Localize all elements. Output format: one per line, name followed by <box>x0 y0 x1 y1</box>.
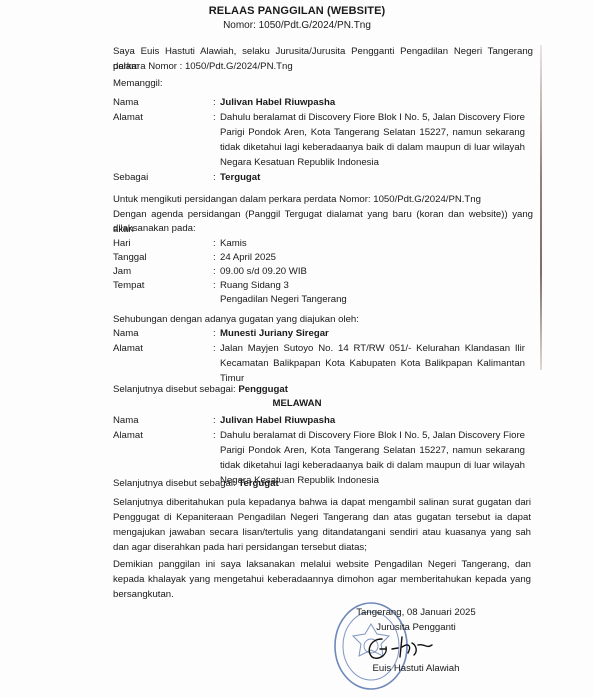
handwritten-signature-icon <box>362 635 442 661</box>
colon: : <box>213 250 216 265</box>
hearing-case-line: Untuk mengikuti persidangan dalam perkar… <box>113 192 481 207</box>
document-number: Nomor: 1050/Pdt.G/2024/PN.Tng <box>0 20 594 31</box>
plaintiff-intro: Sehubungan dengan adanya gugatan yang di… <box>113 312 359 327</box>
signature-place-date: Tangerang, 08 Januari 2025 <box>352 605 480 620</box>
intro-line-2: perkara Nomor : 1050/Pdt.G/2024/PN.Tng <box>113 59 293 74</box>
alamat-label: Alamat <box>113 428 143 443</box>
sebagai-label: Sebagai <box>113 170 148 185</box>
designation-value: Penggugat <box>238 384 288 395</box>
colon: : <box>213 170 216 185</box>
jam-label: Jam <box>113 264 131 279</box>
colon: : <box>213 110 216 125</box>
called-sebagai-value: Tergugat <box>220 170 525 185</box>
designation-value: Tergugat <box>238 478 278 489</box>
signature-block: Tangerang, 08 Januari 2025 Jurusita Peng… <box>352 605 512 676</box>
colon: : <box>213 326 216 341</box>
document-page: RELAAS PANGGILAN (WEBSITE) Nomor: 1050/P… <box>0 0 594 697</box>
plaintiff-alamat-value: Jalan Mayjen Sutoyo No. 14 RT/RW 051/- K… <box>220 341 525 386</box>
plaintiff-designation: Selanjutnya disebut sebagai: Penggugat <box>113 382 288 397</box>
document-title: RELAAS PANGGILAN (WEBSITE) <box>0 5 594 17</box>
agenda-line-2: dilaksanakan pada: <box>113 221 196 236</box>
nama-label: Nama <box>113 95 139 110</box>
paragraph-notice: Selanjutnya diberitahukan pula kepadanya… <box>113 495 531 555</box>
called-alamat-value: Dahulu beralamat di Discovery Fiore Blok… <box>220 110 525 170</box>
called-nama-value: Julivan Habel Riuwpasha <box>220 95 525 110</box>
colon: : <box>213 278 216 293</box>
colon: : <box>213 341 216 356</box>
colon: : <box>213 236 216 251</box>
colon: : <box>213 428 216 443</box>
designation-prefix: Selanjutnya disebut sebagai: <box>113 384 238 395</box>
nama-label: Nama <box>113 326 139 341</box>
tempat-value: Ruang Sidang 3 <box>220 278 525 293</box>
alamat-label: Alamat <box>113 110 143 125</box>
designation-prefix: Selanjutnya disebut sebagai: <box>113 478 238 489</box>
alamat-label: Alamat <box>113 341 143 356</box>
colon: : <box>213 413 216 428</box>
versus-heading: MELAWAN <box>0 398 594 409</box>
signature-role: Jurusita Pengganti <box>352 620 480 635</box>
tempat-line-2: Pengadilan Negeri Tangerang <box>220 292 525 307</box>
plaintiff-nama-value: Munesti Juriany Siregar <box>220 326 525 341</box>
signature-name: Euis Hastuti Alawiah <box>352 661 480 676</box>
defendant-nama-value: Julivan Habel Riuwpasha <box>220 413 525 428</box>
tempat-label: Tempat <box>113 278 144 293</box>
colon: : <box>213 264 216 279</box>
memanggil-label: Memanggil: <box>113 76 163 91</box>
colon: : <box>213 95 216 110</box>
hari-label: Hari <box>113 236 131 251</box>
jam-value: 09.00 s/d 09.20 WIB <box>220 264 525 279</box>
hari-value: Kamis <box>220 236 525 251</box>
paragraph-closing: Demikian panggilan ini saya laksanakan m… <box>113 557 531 602</box>
defendant-designation: Selanjutnya disebut sebagai: Tergugat <box>113 476 279 491</box>
tanggal-value: 24 April 2025 <box>220 250 525 265</box>
nama-label: Nama <box>113 413 139 428</box>
tanggal-label: Tanggal <box>113 250 147 265</box>
scan-edge-shadow <box>540 45 542 370</box>
